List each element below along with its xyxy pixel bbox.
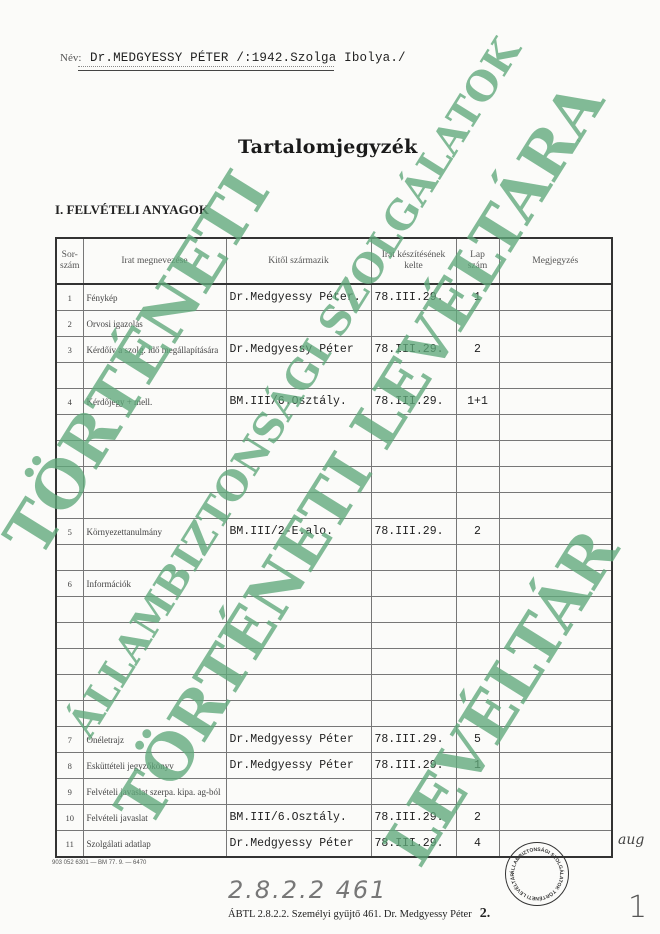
page-count: 1+1 bbox=[456, 389, 499, 415]
table-row bbox=[56, 363, 612, 389]
document-date: 78.III.29. bbox=[371, 519, 456, 545]
col-header-date: Irat készítésének kelte bbox=[371, 238, 456, 284]
remark bbox=[499, 727, 612, 753]
remark bbox=[499, 389, 612, 415]
row-number: 1 bbox=[56, 284, 83, 311]
table-body: 1FényképDr.Medgyessy Péter.78.III.29.12O… bbox=[56, 284, 612, 857]
document-date bbox=[371, 701, 456, 727]
remark bbox=[499, 519, 612, 545]
document-name: Kérdőjegy + mell. bbox=[83, 389, 226, 415]
table-row bbox=[56, 467, 612, 493]
document-date bbox=[371, 623, 456, 649]
page-count bbox=[456, 571, 499, 597]
table-row bbox=[56, 415, 612, 441]
page-count: 1 bbox=[456, 753, 499, 779]
document-origin: Dr.Medgyessy Péter bbox=[226, 753, 371, 779]
document-date bbox=[371, 597, 456, 623]
document-name: Fénykép bbox=[83, 284, 226, 311]
document-origin bbox=[226, 779, 371, 805]
remark bbox=[499, 441, 612, 467]
row-number bbox=[56, 441, 83, 467]
document-name bbox=[83, 675, 226, 701]
page-count bbox=[456, 493, 499, 519]
table-row bbox=[56, 493, 612, 519]
document-name bbox=[83, 623, 226, 649]
document-name: Környezettanulmány bbox=[83, 519, 226, 545]
document-name: Felvételi javaslat bbox=[83, 805, 226, 831]
page-count: 1 bbox=[456, 284, 499, 311]
remark bbox=[499, 779, 612, 805]
table-row: 2Orvosi igazolás bbox=[56, 311, 612, 337]
page-count: 5 bbox=[456, 727, 499, 753]
table-row: 4Kérdőjegy + mell.BM.III/6.Osztály.78.II… bbox=[56, 389, 612, 415]
col-header-origin: Kitől származik bbox=[226, 238, 371, 284]
page-count: 2 bbox=[456, 805, 499, 831]
table-row: 3Kérdőív a szolg. idő megállapításáraDr.… bbox=[56, 337, 612, 363]
document-name: Orvosi igazolás bbox=[83, 311, 226, 337]
remark bbox=[499, 571, 612, 597]
document-date bbox=[371, 649, 456, 675]
document-origin bbox=[226, 363, 371, 389]
document-name: Esküttételi jegyzőkönyv bbox=[83, 753, 226, 779]
remark bbox=[499, 623, 612, 649]
row-number: 5 bbox=[56, 519, 83, 545]
document-date: 78.III.29. bbox=[371, 805, 456, 831]
document-origin: Dr.Medgyessy Péter bbox=[226, 831, 371, 858]
document-origin: BM.III/6.Osztály. bbox=[226, 389, 371, 415]
remark bbox=[499, 675, 612, 701]
document-date bbox=[371, 675, 456, 701]
archive-reference: ÁBTL 2.8.2.2. Személyi gyűjtő 461. Dr. M… bbox=[228, 906, 490, 922]
row-number bbox=[56, 649, 83, 675]
remark bbox=[499, 363, 612, 389]
name-underline bbox=[78, 70, 334, 71]
row-number: 6 bbox=[56, 571, 83, 597]
row-number: 4 bbox=[56, 389, 83, 415]
document-name: Kérdőív a szolg. idő megállapítására bbox=[83, 337, 226, 363]
remark bbox=[499, 805, 612, 831]
page-count bbox=[456, 597, 499, 623]
table-row: 8Esküttételi jegyzőkönyvDr.Medgyessy Pét… bbox=[56, 753, 612, 779]
col-header-pages: Lap szám bbox=[456, 238, 499, 284]
document-date: 78.III.29. bbox=[371, 337, 456, 363]
document-origin bbox=[226, 311, 371, 337]
document-name bbox=[83, 597, 226, 623]
document-name bbox=[83, 493, 226, 519]
document-origin bbox=[226, 571, 371, 597]
row-number bbox=[56, 545, 83, 571]
remark bbox=[499, 284, 612, 311]
stamp-seal-icon: ÁLLAMBIZTONSÁGI SZOLGÁLATOK TÖRTÉNETI LE… bbox=[506, 843, 568, 905]
document-name: Önéletrajz bbox=[83, 727, 226, 753]
table-row bbox=[56, 545, 612, 571]
remark bbox=[499, 701, 612, 727]
form-code: 903 052 6301 — BM 77. 9. — 6470 bbox=[52, 860, 146, 866]
document-origin: Dr.Medgyessy Péter bbox=[226, 727, 371, 753]
document-origin bbox=[226, 649, 371, 675]
page-count: 4 bbox=[456, 831, 499, 858]
document-name bbox=[83, 545, 226, 571]
page-count bbox=[456, 545, 499, 571]
document-date bbox=[371, 779, 456, 805]
row-number: 2 bbox=[56, 311, 83, 337]
document-date bbox=[371, 311, 456, 337]
document-date: 78.III.29. bbox=[371, 389, 456, 415]
row-number bbox=[56, 363, 83, 389]
document-name bbox=[83, 415, 226, 441]
document-origin bbox=[226, 415, 371, 441]
document-date: 78.III.29. bbox=[371, 831, 456, 858]
page-title: Tartalomjegyzék bbox=[238, 136, 418, 158]
section-title: I. FELVÉTELI ANYAGOK bbox=[55, 202, 209, 218]
document-origin bbox=[226, 623, 371, 649]
archive-stamp: ÁLLAMBIZTONSÁGI SZOLGÁLATOK TÖRTÉNETI LE… bbox=[505, 842, 569, 906]
document-origin: Dr.Medgyessy Péter bbox=[226, 337, 371, 363]
document-date bbox=[371, 467, 456, 493]
document-date bbox=[371, 441, 456, 467]
document-origin bbox=[226, 441, 371, 467]
page-count bbox=[456, 623, 499, 649]
document-date: 78.III.29. bbox=[371, 753, 456, 779]
table-row: 6Információk bbox=[56, 571, 612, 597]
document-origin bbox=[226, 675, 371, 701]
table-row bbox=[56, 675, 612, 701]
document-origin bbox=[226, 597, 371, 623]
row-number bbox=[56, 493, 83, 519]
table-row bbox=[56, 441, 612, 467]
document-origin: BM.III/2-E.alo. bbox=[226, 519, 371, 545]
document-date: 78.III.29. bbox=[371, 284, 456, 311]
contents-table: Sor-szám Irat megnevezése Kitől származi… bbox=[55, 237, 613, 858]
document-date: 78.III.29. bbox=[371, 727, 456, 753]
document-name bbox=[83, 441, 226, 467]
table-row: 9Felvételi javaslat szerpa. kipa. ag-ból bbox=[56, 779, 612, 805]
row-number bbox=[56, 701, 83, 727]
document-origin bbox=[226, 545, 371, 571]
svg-text:ÁLLAMBIZTONSÁGI SZOLGÁLATOK TÖ: ÁLLAMBIZTONSÁGI SZOLGÁLATOK TÖRTÉNETI LE… bbox=[506, 843, 565, 903]
signature: aug bbox=[618, 832, 644, 848]
row-number: 11 bbox=[56, 831, 83, 858]
remark bbox=[499, 337, 612, 363]
page-count bbox=[456, 415, 499, 441]
document-name: Felvételi javaslat szerpa. kipa. ag-ból bbox=[83, 779, 226, 805]
col-header-document: Irat megnevezése bbox=[83, 238, 226, 284]
name-label: Név: bbox=[60, 52, 81, 64]
col-header-note: Megjegyzés bbox=[499, 238, 612, 284]
row-number: 3 bbox=[56, 337, 83, 363]
table-row: 10Felvételi javaslatBM.III/6.Osztály.78.… bbox=[56, 805, 612, 831]
page-count bbox=[456, 649, 499, 675]
handwritten-reference: 2.8.2.2 461 bbox=[228, 876, 387, 904]
page-count: 2 bbox=[456, 519, 499, 545]
archive-reference-text: ÁBTL 2.8.2.2. Személyi gyűjtő 461. Dr. M… bbox=[228, 909, 472, 920]
document-origin bbox=[226, 701, 371, 727]
remark bbox=[499, 415, 612, 441]
document-origin: BM.III/6.Osztály. bbox=[226, 805, 371, 831]
document-date bbox=[371, 415, 456, 441]
document-name bbox=[83, 649, 226, 675]
page-count bbox=[456, 675, 499, 701]
document-date bbox=[371, 493, 456, 519]
document-origin bbox=[226, 493, 371, 519]
remark bbox=[499, 545, 612, 571]
row-number: 8 bbox=[56, 753, 83, 779]
document-date bbox=[371, 571, 456, 597]
document-name bbox=[83, 467, 226, 493]
page-count bbox=[456, 467, 499, 493]
document-origin bbox=[226, 467, 371, 493]
table-row bbox=[56, 649, 612, 675]
row-number bbox=[56, 467, 83, 493]
table-row bbox=[56, 623, 612, 649]
row-number: 10 bbox=[56, 805, 83, 831]
name-dotted-line bbox=[78, 66, 334, 67]
page-count bbox=[456, 363, 499, 389]
table-row bbox=[56, 701, 612, 727]
page-count bbox=[456, 441, 499, 467]
document-date bbox=[371, 363, 456, 389]
col-header-number: Sor-szám bbox=[56, 238, 83, 284]
row-number bbox=[56, 597, 83, 623]
name-value: Dr.MEDGYESSY PÉTER /:1942.Szolga Ibolya.… bbox=[90, 51, 406, 65]
page-count: 2 bbox=[456, 337, 499, 363]
remark bbox=[499, 493, 612, 519]
table-row: 1FényképDr.Medgyessy Péter.78.III.29.1 bbox=[56, 284, 612, 311]
row-number: 9 bbox=[56, 779, 83, 805]
remark bbox=[499, 649, 612, 675]
table-row bbox=[56, 597, 612, 623]
table-row: 7ÖnéletrajzDr.Medgyessy Péter78.III.29.5 bbox=[56, 727, 612, 753]
remark bbox=[499, 753, 612, 779]
document-date bbox=[371, 545, 456, 571]
table-header-row: Sor-szám Irat megnevezése Kitől származi… bbox=[56, 238, 612, 284]
document-name: Információk bbox=[83, 571, 226, 597]
document-name bbox=[83, 701, 226, 727]
page-count bbox=[456, 701, 499, 727]
remark bbox=[499, 311, 612, 337]
row-number bbox=[56, 675, 83, 701]
remark bbox=[499, 597, 612, 623]
stamp-text: ÁLLAMBIZTONSÁGI SZOLGÁLATOK TÖRTÉNETI LE… bbox=[506, 843, 565, 903]
table-row: 5KörnyezettanulmányBM.III/2-E.alo.78.III… bbox=[56, 519, 612, 545]
row-number: 7 bbox=[56, 727, 83, 753]
document-name: Szolgálati adatlap bbox=[83, 831, 226, 858]
remark bbox=[499, 467, 612, 493]
handwritten-page-number: 1 bbox=[628, 890, 647, 925]
page-count bbox=[456, 311, 499, 337]
row-number bbox=[56, 623, 83, 649]
page-number: 2. bbox=[480, 906, 491, 921]
row-number bbox=[56, 415, 83, 441]
page-count bbox=[456, 779, 499, 805]
document-name bbox=[83, 363, 226, 389]
document-origin: Dr.Medgyessy Péter. bbox=[226, 284, 371, 311]
